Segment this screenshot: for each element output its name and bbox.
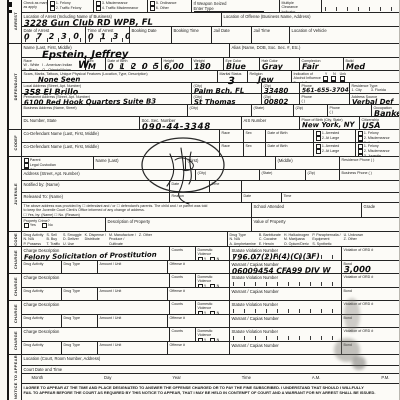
- activity-other: Z. Other: [139, 233, 152, 238]
- drug-no-checkbox: [331, 81, 336, 82]
- charge3-description-cell: Charge Description: [22, 301, 170, 314]
- type-other: Z. Other: [344, 237, 364, 242]
- charge2-dv-no-checkbox: [210, 284, 215, 287]
- guardian-resphone-cell: Residence Phone ( ): [340, 157, 399, 169]
- charge4-description-row: Charge Description Counts DomesticViolen…: [22, 328, 399, 342]
- scanned-arrest-form-page: ARREST DEFENDANT CODEF JUVENILE CODE CHA…: [0, 0, 400, 400]
- guardian-state-label: (State): [262, 171, 304, 176]
- activity-use: U. Use: [63, 242, 82, 246]
- charge1-description-row: Charge Description Felony Solicitation o…: [22, 247, 399, 261]
- charge1-dv-y: Y: [204, 257, 206, 260]
- occupation-value: Banker: [373, 110, 397, 116]
- charge2-ord-cell: Violation of ORD #: [342, 274, 399, 287]
- type-opium: O. Opium/Deriv.: [284, 242, 310, 246]
- time-label: Time: [242, 375, 251, 380]
- released-reason-label: Reason: [172, 194, 240, 199]
- charge1-offense-cell: Offense #: [168, 261, 230, 273]
- codef2-status-cell: 1. Arrested 2. At Large: [314, 143, 356, 156]
- court-location-label: Location (Court, Room Number, Address): [24, 356, 398, 361]
- business-address-cell: Business Address (Name, Street): [22, 105, 188, 116]
- guardian-city-cell: (City): [196, 170, 260, 180]
- permanent-phone-blank: ( ): [302, 99, 348, 104]
- guardian-row: Parent Legal Custodian Other Name (Last)…: [22, 157, 399, 170]
- charge2-description-label: Charge Description: [24, 275, 168, 280]
- guardian-resphone-label: Residence Phone ( ): [342, 158, 398, 163]
- charge4-dv-n: N: [217, 338, 220, 341]
- charge1-warrant-value: 06009454 CFA99 DIV W: [231, 266, 339, 275]
- business-phone-blank: ( ): [330, 110, 370, 115]
- height-cell: Height 6,00: [162, 58, 192, 70]
- arrest-date-row: Date of Arrest 0 7 2 3 0 6 Time of Arres…: [22, 27, 399, 44]
- property-yes-label: Yes: [30, 223, 36, 228]
- year-label: Year: [172, 375, 180, 380]
- codef1-atlarge-checkbox: [316, 136, 321, 141]
- guardian-busphone-cell: Business Phone ( ): [340, 170, 399, 180]
- business-phone-cell: Phone ( ): [328, 105, 372, 116]
- guardian-middlename-label: (Middle): [278, 158, 338, 163]
- codef1-juvenile-checkbox: [358, 141, 363, 142]
- pm-label: P.M.: [381, 375, 389, 380]
- drug-yes-checkbox: [323, 81, 328, 82]
- build-cell: Build Med: [344, 58, 399, 70]
- location-of-offense-label: Location of Offense (Business Name, Addr…: [224, 14, 398, 19]
- residence-type-cell: Residence Type: 1. City2. County 3. Flor…: [350, 83, 399, 93]
- race-black-label: B - Black: [24, 68, 40, 73]
- citizenship-cell: Citizenship USA: [360, 117, 399, 129]
- codef2-name-label: Co-Defendant Name (Last, First, Middle): [24, 144, 218, 149]
- court-date-label: Court Date and Time: [24, 367, 398, 372]
- activity-cultivate: Cultivate: [109, 242, 136, 246]
- scars-cell: Scars, Marks, Tattoos, Unique Physical F…: [22, 71, 218, 82]
- charge4-drug-activity-label: Drug Activity: [24, 343, 60, 348]
- traffic-misdemeanor-label: 4. Traffic Misdemeanor: [102, 6, 139, 11]
- guardian-city-label: (City): [198, 171, 258, 176]
- multiple-clearance-cell: Multiple Clearance Indicator: [280, 0, 322, 12]
- charge4-drug-row: Drug Activity Drug Type Amount / Unit Of…: [22, 342, 399, 355]
- codef1-atlarge-label: 2. At Large: [322, 136, 339, 141]
- codef2-dob-cell: Date of Birth: [266, 143, 314, 156]
- guardian-lastname-label: Name (Last): [96, 158, 184, 163]
- height-value: 6,00: [163, 63, 189, 70]
- charge2-offense-cell: Offense #: [168, 288, 230, 300]
- charge4-dv-no-checkbox: [210, 338, 215, 341]
- charge4-counts-cell: Counts: [170, 328, 196, 341]
- local-zip-value: 33480: [263, 88, 297, 93]
- guardian-address-cell: Address (Street, Apt. Number): [22, 170, 196, 180]
- codef1-dob-label: Date of Birth: [268, 131, 312, 136]
- guardian-busphone-label: Business Phone ( ): [342, 171, 398, 176]
- month-day-year-row: Month Day Year Time A.M. P.M.: [22, 374, 399, 384]
- religion-value: Jew: [257, 76, 289, 84]
- local-zip-cell: (Zip) 33480: [262, 83, 300, 93]
- school-attended-label: School Attended: [254, 204, 360, 209]
- occupation-cell: Occupation Banker: [372, 105, 399, 116]
- citizenship-value: USA: [361, 122, 397, 129]
- weight-cell: Weight 180: [192, 58, 224, 70]
- weapon-seized-cell: If Weapon Seized Enter Type: [192, 0, 280, 12]
- side-label-notice: NOTICE TO APPEAR: [13, 355, 18, 399]
- property-no-checkbox: [42, 223, 47, 228]
- charge2-drug-row: Drug Activity Drug Type Amount / Unit Of…: [22, 288, 399, 301]
- location-of-arrest-value: 3228 Gun Club RD WPB, FL: [23, 18, 219, 29]
- charge3-offense-cell: Offense #: [168, 315, 230, 327]
- drug-code-row: Drug ActivityN. N/AP. Possess S. SellB. …: [22, 232, 399, 247]
- side-label-charge1: CHARGE: [13, 250, 18, 269]
- clearance-blank-cell: [322, 0, 399, 12]
- codef1-sex-cell: Sex: [244, 130, 266, 142]
- guardian-lastname-cell: Name (Last): [94, 157, 186, 169]
- location-of-arrest-row: Location of Arrest (Including Name of Bu…: [22, 13, 399, 27]
- released-reason-cell: Reason: [170, 193, 242, 202]
- charge4-ord-cell: Violation of ORD #: [342, 328, 399, 341]
- charge1-warrant-cell: Warrant / Capias Number 06009454 CFA99 D…: [230, 261, 342, 273]
- traffic-misdemeanor-checkbox: [96, 6, 101, 11]
- grade-cell: Grade: [362, 203, 399, 217]
- charge4-drug-type-cell: Drug Type: [62, 342, 98, 354]
- check-as-many-cell: Check as many as apply: [22, 0, 48, 12]
- charge4-dv-y: Y: [204, 338, 206, 341]
- business-state-cell: (State): [252, 105, 294, 116]
- business-city-cell: (City): [188, 105, 252, 116]
- charge3-dv-n: N: [217, 311, 220, 314]
- juvenile-disposition-title: Juvenile Disposition: [244, 192, 276, 193]
- charge4-ord-label: Violation of ORD #: [344, 329, 398, 334]
- date-of-arrest-cell: Date of Arrest 0 7 2 3 0 6: [22, 27, 86, 43]
- charge4-dv-yes-checkbox: [198, 338, 203, 341]
- charge4-statute-label: Statute Violation Number: [232, 329, 340, 334]
- charge3-dv-yes-checkbox: [198, 311, 203, 314]
- address-provided-line3: ☐ Yes, by: (Name) ☐ No. (Reason): [24, 213, 250, 217]
- charge2-bond-cell: Bond: [342, 288, 399, 300]
- other-checkbox: [150, 6, 155, 11]
- sex-value: M: [87, 63, 103, 70]
- race-cell: Race W - WhiteB - Black I - American Ind…: [22, 58, 86, 70]
- charge2-counts-cell: Counts: [170, 274, 196, 287]
- codef1-sex-label: Sex: [246, 131, 264, 136]
- booking-date-cell: Booking Date: [130, 27, 172, 43]
- agreement-line2: FAIL TO APPEAR BEFORE THE COURT AS REQUI…: [24, 390, 398, 395]
- type-amphetamine: A. Amphetamine: [230, 242, 256, 246]
- scars-value: None Seen: [37, 75, 215, 82]
- charge4-offense-label: Offense #: [170, 343, 228, 348]
- religion-cell: Religion Jew: [248, 71, 292, 82]
- marital-status-cell: Marital Status 3: [218, 71, 248, 82]
- guardian-state-cell: (State): [260, 170, 306, 180]
- local-phone-value: 561-655-3704: [301, 88, 347, 93]
- charge2-drug-activity-label: Drug Activity: [24, 289, 60, 294]
- charge3-dv-y: Y: [204, 311, 206, 314]
- weight-value: 180: [193, 63, 221, 70]
- charge3-bond-cell: Bond: [342, 315, 399, 327]
- jail-date-label: Jail Date: [214, 28, 250, 33]
- charge3-drug-type-label: Drug Type: [64, 316, 96, 321]
- charge2-dv-yes-checkbox: [198, 284, 203, 287]
- property-row: Property Crime? Yes No Description of Pr…: [22, 218, 399, 232]
- codef1-juvenile-label: 3. Juvenile: [364, 141, 381, 142]
- charge3-amount-label: Amount / Unit: [100, 316, 166, 321]
- codef1-arrested-label: 1. Arrested: [322, 131, 339, 136]
- codef1-level-cell: 1. Felony 2. Misdemeanor 3. Juvenile: [356, 130, 399, 142]
- identifiers-row: DL Number, State Soc. Sec. Number 090-44…: [22, 117, 399, 130]
- notified-row: Notified by: (Name) Date Time Juvenile D…: [22, 181, 399, 193]
- side-label-charge2: CHARGE: [13, 277, 18, 296]
- charge3-dv-cell: DomesticViolence YN: [196, 301, 230, 314]
- guardian-firstname-label: (First): [188, 158, 274, 163]
- guardian-middlename-cell: (Middle): [276, 157, 340, 169]
- check-as-many-label2: as apply: [24, 5, 46, 10]
- released-row: Released To: (Name) Reason Date Time: [22, 193, 399, 203]
- charge2-description-row: Charge Description Counts DomesticViolen…: [22, 274, 399, 288]
- codef2-name-cell: Co-Defendant Name (Last, First, Middle): [22, 143, 220, 156]
- charge1-drug-type-label: Drug Type: [64, 262, 96, 267]
- charge2-warrant-cell: Warrant / Capias Number: [230, 288, 342, 300]
- influence-cell: Indication of Alcohol Influence Drug Inf…: [292, 71, 399, 82]
- charge2-dv-cell: DomesticViolence YN: [196, 274, 230, 287]
- charge1-dv-n: N: [217, 257, 220, 260]
- permanent-zip-value: 00802: [263, 99, 297, 104]
- charge1-drug-type-cell: Drug Type: [62, 261, 98, 273]
- business-zip-label: (Zip): [296, 106, 326, 111]
- jail-time-cell: Jail Time: [252, 27, 290, 43]
- permanent-address-row: Permanent Address (Street, Apt. Number) …: [22, 94, 399, 105]
- location-of-vehicle-cell: Location of Vehicle: [290, 27, 399, 43]
- school-attended-cell: School Attended: [252, 203, 362, 217]
- codef2-juvenile-checkbox: [358, 154, 363, 156]
- charge2-counts-label: Counts: [172, 275, 194, 280]
- local-city-cell: (City) Palm Bch, FL: [192, 83, 262, 93]
- business-address-row: Business Address (Name, Street) (City) (…: [22, 105, 399, 117]
- charge1-offense-label: Offense #: [170, 262, 228, 267]
- local-address-row: Local Address (Street, Apt. Number) 358 …: [22, 83, 399, 94]
- address-provided-row: The above address was provided by ☐ defe…: [22, 203, 399, 218]
- felony-checkbox-cell: 1. Felony 2. Traffic Felony: [48, 0, 94, 12]
- charge4-dv-cell: DomesticViolence YN: [196, 328, 230, 341]
- released-date-cell: Date: [242, 193, 282, 202]
- scan-blot-top-left: [8, 2, 12, 7]
- charge1-description-value: Felony Solicitation of Prostitution: [23, 251, 167, 261]
- legal-custodian-label: Legal Custodian: [30, 163, 56, 168]
- influence-label3: Drug Influence: [294, 81, 321, 82]
- month-day-year-cell: Month Day Year Time A.M. P.M.: [22, 374, 399, 383]
- charge2-dv-y: Y: [204, 284, 206, 287]
- charge1-counts-cell: Counts: [170, 247, 196, 260]
- codef2-misdemeanor-label: 2. Misdemeanor: [364, 149, 390, 154]
- side-label-arrest: ARREST: [13, 12, 18, 30]
- booking-time-label: Booking Time: [174, 28, 210, 33]
- alias-label: Alias (Name, DOB, Soc. Sec. #, Etc.): [232, 45, 398, 50]
- agreement-line1: I AGREE TO APPEAR AT THE TIME AND PLACE …: [24, 385, 398, 390]
- other-label: 6. Other: [156, 6, 169, 11]
- codef2-dob-label: Date of Birth: [268, 144, 312, 149]
- charge4-amount-label: Amount / Unit: [100, 343, 166, 348]
- guardian-address-label: Address (Street, Apt. Number): [24, 171, 194, 176]
- notified-time-label: Time: [212, 182, 240, 187]
- side-label-codef: CODEF: [13, 135, 18, 151]
- charge3-ord-label: Violation of ORD #: [344, 302, 398, 307]
- activity-distribute: Distribute: [85, 237, 106, 242]
- charge2-description-cell: Charge Description: [22, 274, 170, 287]
- business-state-label: (State): [254, 106, 292, 111]
- dl-number-cell: DL Number, State: [22, 117, 140, 129]
- charge1-amount-cell: Amount / Unit: [98, 261, 168, 273]
- race-value: W: [78, 60, 89, 70]
- agreement-row: I AGREE TO APPEAR AT THE TIME AND PLACE …: [22, 384, 399, 400]
- form-sheet: ARREST DEFENDANT CODEF JUVENILE CODE CHA…: [7, 0, 400, 400]
- charge3-bond-label: Bond: [344, 316, 398, 321]
- multiple-clearance-label3: Indicator: [282, 10, 320, 12]
- charge3-warrant-label: Warrant / Capias Number: [232, 316, 340, 321]
- charge3-drug-activity-label: Drug Activity: [24, 316, 60, 321]
- section-label-strip: ARREST DEFENDANT CODEF JUVENILE CODE CHA…: [9, 0, 22, 400]
- charge3-ord-cell: Violation of ORD #: [342, 301, 399, 314]
- local-phone-cell: Phone 561-655-3704: [300, 83, 350, 93]
- codef1-race-cell: Race: [220, 130, 244, 142]
- charge4-amount-cell: Amount / Unit: [98, 342, 168, 354]
- permanent-phone-cell: Phone ( ): [300, 94, 350, 104]
- location-of-vehicle-label: Location of Vehicle: [292, 28, 398, 33]
- property-description-label: Description of Property: [108, 219, 250, 224]
- ordinance-label: 5. Ordinance: [156, 1, 177, 6]
- eye-color-cell: Eye Color Blue: [224, 58, 260, 70]
- codef1-race-label: Race: [222, 131, 242, 136]
- codef1-status-cell: 1. Arrested 2. At Large: [314, 130, 356, 142]
- charge1-drug-row: Drug Activity Drug Type Amount / Unit Of…: [22, 261, 399, 274]
- ssn-value: 090-44-3348: [141, 122, 239, 132]
- codef1-misdemeanor-label: 2. Misdemeanor: [364, 136, 390, 141]
- codef2-sex-label: Sex: [246, 144, 264, 149]
- grade-label: Grade: [364, 204, 398, 209]
- charge3-counts-cell: Counts: [170, 301, 196, 314]
- charge4-drug-type-label: Drug Type: [64, 343, 96, 348]
- guardian-other-checkbox: [24, 168, 29, 169]
- complexion-cell: Complexion Fair: [300, 58, 344, 70]
- type-synthetic: S. Synthetic: [312, 242, 340, 246]
- charge2-drug-type-cell: Drug Type: [62, 288, 98, 300]
- booking-date-label: Booking Date: [132, 28, 170, 33]
- property-value-cell: Value of Property: [252, 218, 399, 231]
- name-row: Name (Last, First, Middle) Epstein, Jeff…: [22, 44, 399, 58]
- charge3-offense-label: Offense #: [170, 316, 228, 321]
- released-date-label: Date: [244, 194, 280, 199]
- guardian-zip-cell: (Zip): [306, 170, 340, 180]
- property-description-cell: Description of Property: [106, 218, 252, 231]
- physical-row: Race W - WhiteB - Black I - American Ind…: [22, 58, 399, 71]
- charge3-statute-label: Statute Violation Number: [232, 302, 340, 307]
- charge1-drug-activity-cell: Drug Activity: [22, 261, 62, 273]
- codef2-arrested-label: 1. Arrested: [322, 144, 339, 149]
- hair-color-cell: Hair Color Gray: [260, 58, 300, 70]
- charge1-dv-cell: DomesticViolence YN: [196, 247, 230, 260]
- charge1-bond-value: 3,000: [343, 266, 397, 273]
- business-zip-cell: (Zip): [294, 105, 328, 116]
- form-body: Check as many as apply 1. Felony 2. Traf…: [22, 0, 399, 400]
- guardian-zip-label: (Zip): [308, 171, 338, 176]
- charge1-description-cell: Charge Description Felony Solicitation o…: [22, 247, 170, 260]
- permanent-city-cell: (City) St Thomas: [192, 94, 262, 104]
- charge4-statute-cell: Statute Violation Number: [230, 328, 342, 341]
- charge2-amount-cell: Amount / Unit: [98, 288, 168, 300]
- charge4-drug-activity-cell: Drug Activity: [22, 342, 62, 354]
- side-label-defendant: DEFENDANT: [13, 73, 18, 100]
- charge2-bond-label: Bond: [344, 289, 398, 294]
- guardian-address-row: Address (Street, Apt. Number) (City) (St…: [22, 170, 399, 181]
- permanent-city-value: St Thomas: [193, 99, 259, 104]
- misdemeanor-label: 3. Misdemeanor: [102, 1, 128, 6]
- guardian-firstname-cell: (First): [186, 157, 276, 169]
- place-of-birth-value: New York, NY: [301, 122, 357, 130]
- property-yes-checkbox: [24, 223, 29, 228]
- defendant-name-cell: Name (Last, First, Middle) Epstein, Jeff…: [22, 44, 230, 57]
- traffic-felony-label: 2. Traffic Felony: [56, 6, 82, 11]
- notified-date-label: Date: [172, 182, 208, 187]
- address-source-value: Verbal Def: [351, 99, 397, 104]
- jail-date-cell: Jail Date: [212, 27, 252, 43]
- codef2-felony-label: 1. Felony: [364, 144, 379, 149]
- business-city-label: (City): [190, 106, 250, 111]
- time-of-arrest-cell: Time of Arrest 0 1 3 0: [86, 27, 130, 43]
- charge2-dv-n: N: [217, 284, 220, 287]
- build-value: Med: [345, 63, 397, 70]
- charge2-statute-cell: Statute Violation Number: [230, 274, 342, 287]
- drug-activity-legend: Drug ActivityN. N/AP. Possess S. SellB. …: [22, 232, 228, 246]
- charge4-warrant-label: Warrant / Capias Number: [232, 343, 340, 348]
- charge3-counts-label: Counts: [172, 302, 194, 307]
- charge2-ord-label: Violation of ORD #: [344, 275, 398, 280]
- court-date-row: Court Date and Time: [22, 366, 399, 374]
- side-label-code: CODE: [13, 233, 18, 246]
- codef1-dob-cell: Date of Birth: [266, 130, 314, 142]
- charge3-statute-cell: Statute Violation Number: [230, 301, 342, 314]
- am-label: A.M.: [312, 375, 321, 380]
- charge2-drug-activity-cell: Drug Activity: [22, 288, 62, 300]
- juvenile-disposition-cell: Juvenile Disposition 1. Handled/Processe…: [242, 181, 399, 192]
- charge4-offense-cell: Offense #: [168, 342, 230, 354]
- drug-unk-checkbox: [340, 81, 345, 82]
- codef2-juvenile-label: 3. Juvenile: [364, 154, 381, 156]
- notified-date-cell: Date: [170, 181, 210, 192]
- month-label: Month: [32, 375, 44, 380]
- guardian-type-cell: Parent Legal Custodian Other: [22, 157, 94, 169]
- charge1-statute-cell: Statute Violation Number 796.07(2)F(4)(C…: [230, 247, 342, 260]
- location-of-offense-cell: Location of Offense (Business Name, Addr…: [222, 13, 399, 26]
- eye-color-value: Blue: [225, 63, 257, 70]
- scars-row: Scars, Marks, Tattoos, Unique Physical F…: [22, 71, 399, 83]
- released-to-label: Released To: (Name): [24, 194, 168, 199]
- court-date-cell: Court Date and Time: [22, 366, 399, 373]
- released-time-cell: Time: [282, 193, 399, 202]
- activity-possess: P. Possess: [24, 242, 44, 246]
- address-source-cell: Address Source Verbal Def: [350, 94, 399, 104]
- hair-color-value: Gray: [261, 63, 297, 70]
- codef1-felony-label: 1. Felony: [364, 131, 379, 136]
- court-location-row: Location (Court, Room Number, Address): [22, 355, 399, 366]
- released-to-cell: Released To: (Name): [22, 193, 170, 202]
- dl-number-label: DL Number, State: [24, 118, 138, 123]
- alias-cell: Alias (Name, DOB, Soc. Sec. #, Etc.): [230, 44, 399, 57]
- notified-by-label: Notified by: (Name): [24, 182, 168, 187]
- ordinance-checkbox-cell: 5. Ordinance 6. Other: [148, 0, 192, 12]
- codef2-race-cell: Race: [220, 143, 244, 156]
- location-of-arrest-cell: Location of Arrest (Including Name of Bu…: [22, 13, 222, 26]
- side-label-charge4: CHARGE: [13, 331, 18, 350]
- charge3-drug-activity-cell: Drug Activity: [22, 315, 62, 327]
- offense-class-row: Check as many as apply 1. Felony 2. Traf…: [22, 0, 399, 13]
- ais-number-cell: AIS Number: [242, 117, 300, 129]
- scan-blot-top-left-2: [9, 10, 12, 13]
- notified-by-cell: Notified by: (Name): [22, 181, 170, 192]
- charge1-drug-activity-label: Drug Activity: [24, 262, 60, 267]
- felony-label: 1. Felony: [56, 1, 71, 6]
